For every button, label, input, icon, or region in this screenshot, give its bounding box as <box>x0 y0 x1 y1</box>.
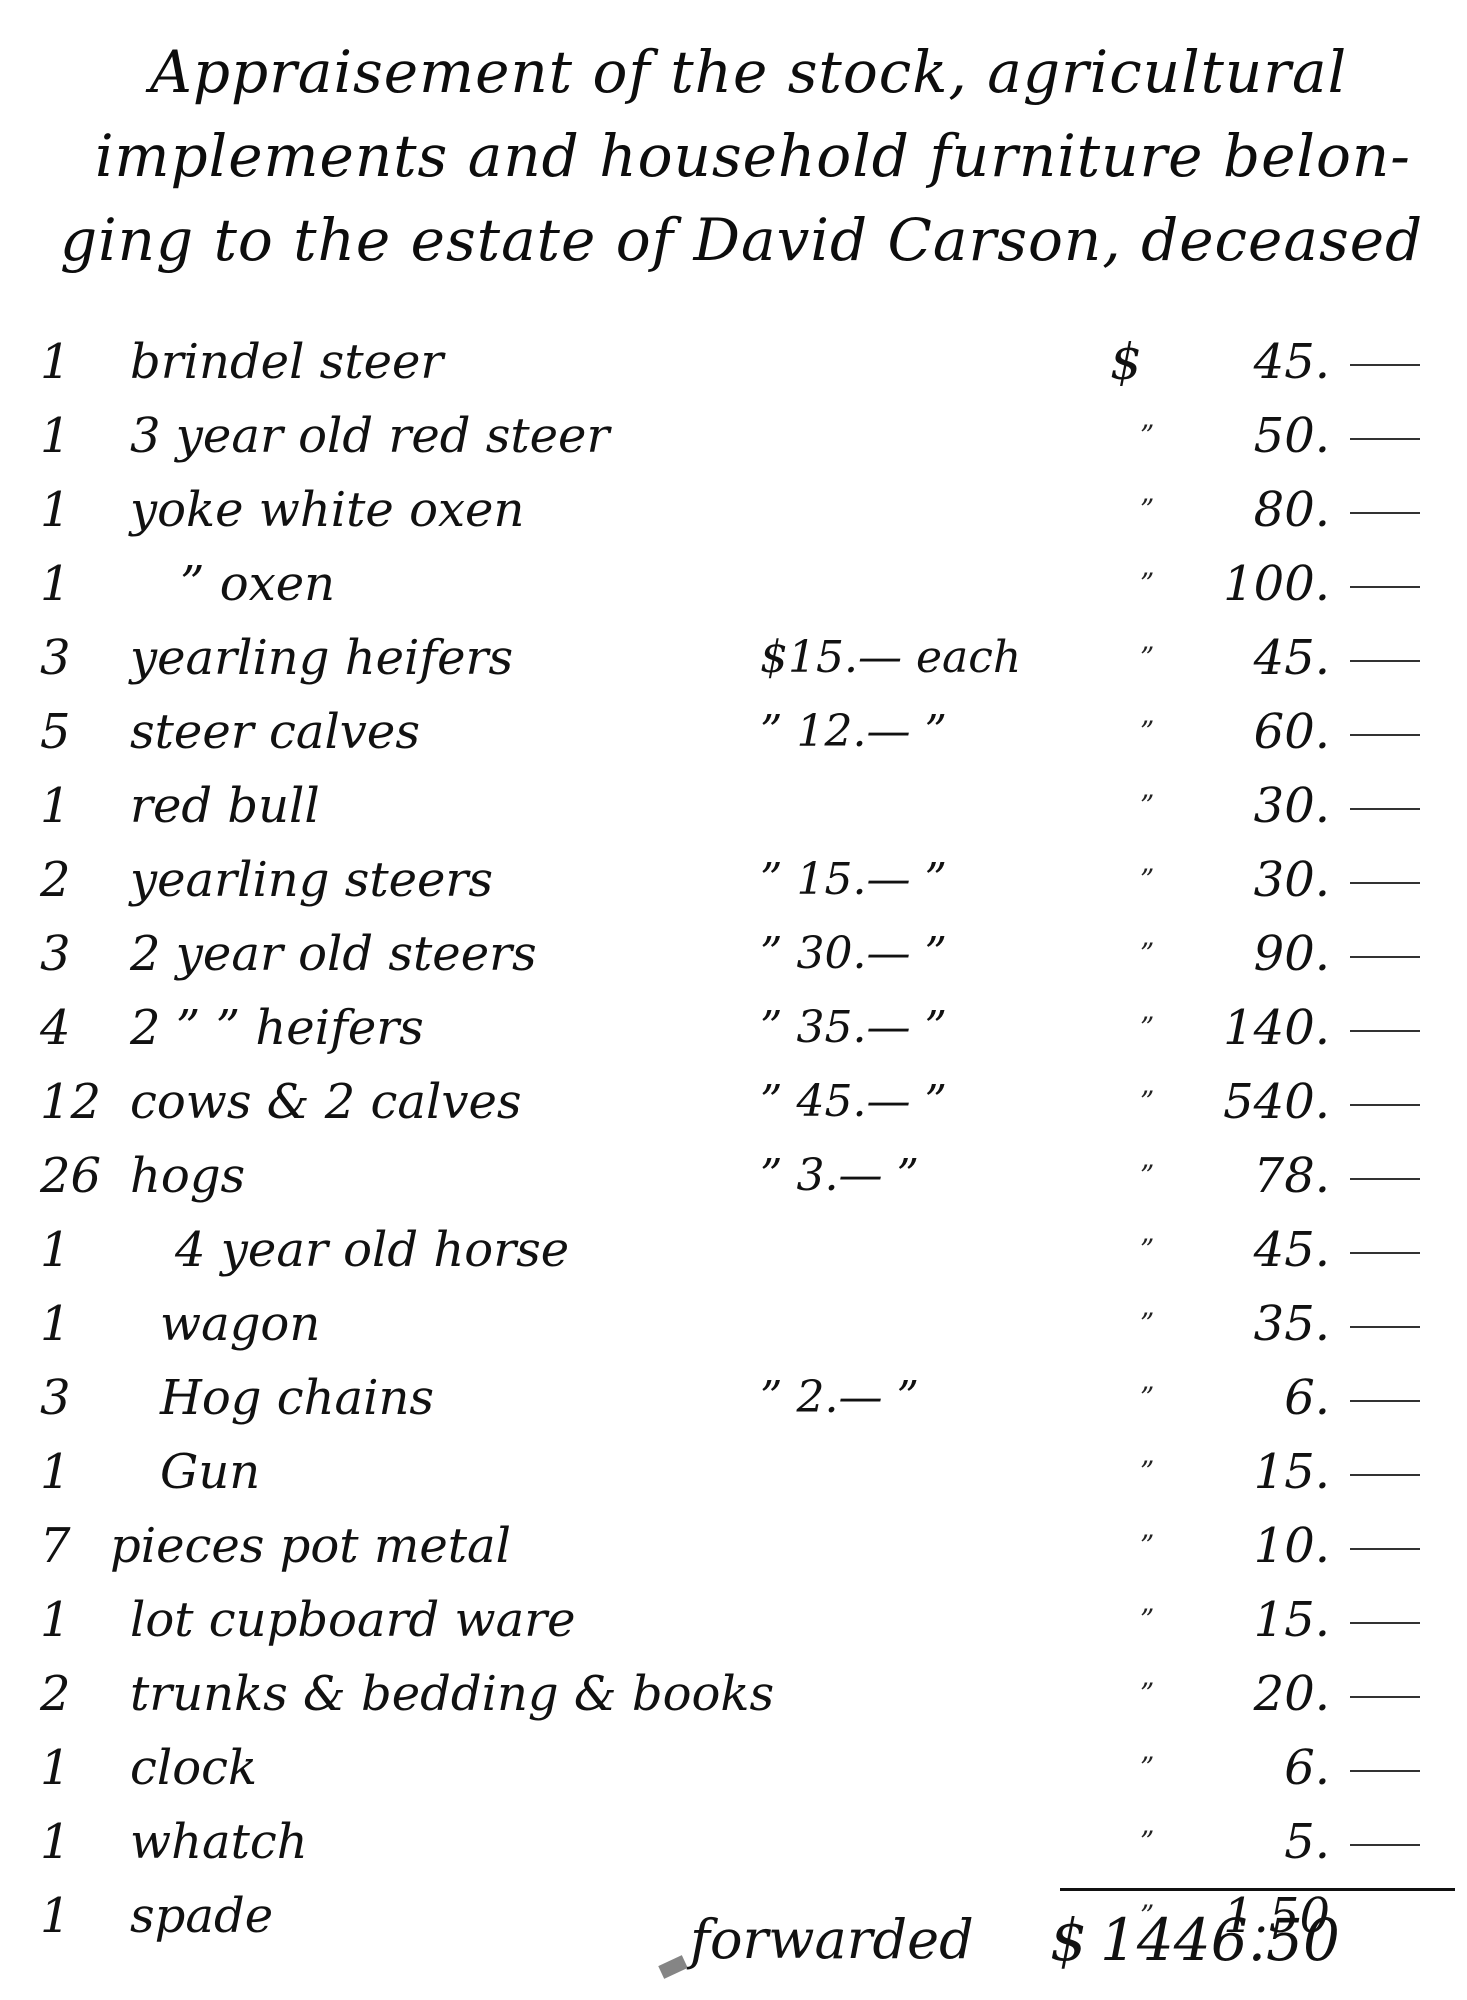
item-quantity: 1 <box>40 1218 130 1282</box>
item-quantity: 5 <box>40 700 130 764</box>
item-quantity: 1 <box>40 478 130 542</box>
ditto-mark: ” <box>1140 1070 1154 1134</box>
ditto-mark: ” <box>1140 922 1154 986</box>
heading-line-1: Appraisement of the stock, agricultural <box>40 30 1440 114</box>
item-quantity: 1 <box>40 404 130 468</box>
ditto-mark: ” <box>1140 1662 1154 1726</box>
dash-rule <box>1350 956 1420 958</box>
item-description: 4 year old horse <box>175 1218 569 1282</box>
item-description: lot cupboard ware <box>130 1588 576 1652</box>
dash-rule <box>1350 882 1420 884</box>
item-description: yearling heifers <box>130 626 513 690</box>
item-description: wagon <box>160 1292 320 1356</box>
ditto-mark: ” <box>1140 626 1154 690</box>
item-row: 1 ” oxen ” 100. <box>0 552 1467 616</box>
dash-rule <box>1350 512 1420 514</box>
item-unit-price: ” 3.— ” <box>760 1144 1080 1208</box>
ditto-mark: ” <box>1140 404 1154 468</box>
item-description: whatch <box>130 1810 308 1874</box>
item-row: 7 pieces pot metal ” 10. <box>0 1514 1467 1578</box>
forwarded-label: forwarded <box>690 1900 974 1980</box>
ditto-mark: ” <box>1140 1440 1154 1504</box>
item-amount: 15. <box>1180 1440 1330 1504</box>
dash-rule <box>1350 1622 1420 1624</box>
item-description: Gun <box>160 1440 260 1504</box>
ditto-mark: ” <box>1140 1810 1154 1874</box>
dash-rule <box>1350 1474 1420 1476</box>
item-quantity: 1 <box>40 330 130 394</box>
item-description: steer calves <box>130 700 420 764</box>
item-row: 3 Hog chains ” 2.— ” ” 6. <box>0 1366 1467 1430</box>
item-row: 1 4 year old horse ” 45. <box>0 1218 1467 1282</box>
item-amount: 45. <box>1180 1218 1330 1282</box>
item-amount: 6. <box>1180 1736 1330 1800</box>
ditto-mark: ” <box>1140 1292 1154 1356</box>
item-row: 4 2 ” ” heifers ” 35.— ” ” 140. <box>0 996 1467 1060</box>
dash-rule <box>1350 1252 1420 1254</box>
ditto-mark: ” <box>1140 1514 1154 1578</box>
item-description: ” oxen <box>180 552 335 616</box>
item-row: 1 wagon ” 35. <box>0 1292 1467 1356</box>
item-amount: 45. <box>1180 626 1330 690</box>
dash-rule <box>1350 808 1420 810</box>
item-description: trunks & bedding & books <box>130 1662 774 1726</box>
item-description: clock <box>130 1736 257 1800</box>
item-description: 2 year old steers <box>130 922 537 986</box>
item-description: Hog chains <box>160 1366 434 1430</box>
item-unit-price: ” 15.— ” <box>760 848 1080 912</box>
item-amount: 90. <box>1180 922 1330 986</box>
dash-rule <box>1350 364 1420 366</box>
item-amount: 6. <box>1180 1366 1330 1430</box>
item-unit-price: $15.— each <box>760 626 1080 690</box>
dash-rule <box>1350 1770 1420 1772</box>
item-row: 5 steer calves ” 12.— ” ” 60. <box>0 700 1467 764</box>
item-amount: 30. <box>1180 848 1330 912</box>
item-quantity: 1 <box>40 1736 130 1800</box>
item-quantity: 1 <box>40 552 130 616</box>
item-quantity: 1 <box>40 1588 130 1652</box>
item-quantity: 26 <box>40 1144 130 1208</box>
ditto-mark: ” <box>1140 700 1154 764</box>
currency-symbol: $ <box>1110 330 1142 394</box>
item-quantity: 2 <box>40 1662 130 1726</box>
dash-rule <box>1350 1326 1420 1328</box>
item-description: red bull <box>130 774 320 838</box>
item-row: 1 brindel steer $ 45. <box>0 330 1467 394</box>
item-unit-price: ” 2.— ” <box>760 1366 1080 1430</box>
item-unit-price: ” 30.— ” <box>760 922 1080 986</box>
item-amount: 45. <box>1180 330 1330 394</box>
item-row: 2 yearling steers ” 15.— ” ” 30. <box>0 848 1467 912</box>
item-quantity: 1 <box>40 1292 130 1356</box>
heading-line-2: implements and household furniture belon… <box>40 114 1440 198</box>
item-amount: 60. <box>1180 700 1330 764</box>
ditto-mark: ” <box>1140 996 1154 1060</box>
item-row: 1 red bull ” 30. <box>0 774 1467 838</box>
ditto-mark: ” <box>1140 774 1154 838</box>
item-amount: 140. <box>1180 996 1330 1060</box>
item-quantity: 1 <box>40 1810 130 1874</box>
ditto-mark: ” <box>1140 1736 1154 1800</box>
item-description: 3 year old red steer <box>130 404 609 468</box>
item-quantity: 2 <box>40 848 130 912</box>
dash-rule <box>1350 734 1420 736</box>
item-row: 1 clock ” 6. <box>0 1736 1467 1800</box>
item-quantity: 1 <box>40 1440 130 1504</box>
dash-rule <box>1350 1696 1420 1698</box>
item-quantity: 1 <box>40 774 130 838</box>
total-underline <box>1060 1888 1455 1891</box>
item-quantity: 4 <box>40 996 130 1060</box>
item-amount: 78. <box>1180 1144 1330 1208</box>
dash-rule <box>1350 586 1420 588</box>
item-amount: 10. <box>1180 1514 1330 1578</box>
item-unit-price: ” 45.— ” <box>760 1070 1080 1134</box>
dash-rule <box>1350 1548 1420 1550</box>
item-quantity: 3 <box>40 922 130 986</box>
dash-rule <box>1350 1400 1420 1402</box>
forwarded-total: forwarded $ 1446.50 <box>0 1900 1467 1980</box>
item-row: 12 cows & 2 calves ” 45.— ” ” 540. <box>0 1070 1467 1134</box>
dash-rule <box>1350 660 1420 662</box>
ditto-mark: ” <box>1140 478 1154 542</box>
document-heading: Appraisement of the stock, agricultural … <box>40 30 1440 282</box>
item-description: yearling steers <box>130 848 493 912</box>
item-description: hogs <box>130 1144 245 1208</box>
item-amount: 50. <box>1180 404 1330 468</box>
ditto-mark: ” <box>1140 552 1154 616</box>
item-row: 3 yearling heifers $15.— each ” 45. <box>0 626 1467 690</box>
grand-total: 1446.50 <box>1100 1900 1340 1980</box>
dash-rule <box>1350 1178 1420 1180</box>
ditto-mark: ” <box>1140 1144 1154 1208</box>
dash-rule <box>1350 1104 1420 1106</box>
item-amount: 100. <box>1180 552 1330 616</box>
item-row: 1 Gun ” 15. <box>0 1440 1467 1504</box>
item-amount: 540. <box>1180 1070 1330 1134</box>
item-description: brindel steer <box>130 330 443 394</box>
item-description: 2 ” ” heifers <box>130 996 424 1060</box>
ditto-mark: ” <box>1140 1366 1154 1430</box>
item-row: 26 hogs ” 3.— ” ” 78. <box>0 1144 1467 1208</box>
item-row: 3 2 year old steers ” 30.— ” ” 90. <box>0 922 1467 986</box>
dash-rule <box>1350 1844 1420 1846</box>
item-description: pieces pot metal <box>110 1514 511 1578</box>
item-row: 2 trunks & bedding & books ” 20. <box>0 1662 1467 1726</box>
item-row: 1 3 year old red steer ” 50. <box>0 404 1467 468</box>
item-row: 1 yoke white oxen ” 80. <box>0 478 1467 542</box>
item-amount: 30. <box>1180 774 1330 838</box>
item-description: yoke white oxen <box>130 478 524 542</box>
item-amount: 20. <box>1180 1662 1330 1726</box>
item-row: 1 lot cupboard ware ” 15. <box>0 1588 1467 1652</box>
item-description: cows & 2 calves <box>130 1070 522 1134</box>
item-quantity: 3 <box>40 1366 130 1430</box>
item-quantity: 12 <box>40 1070 130 1134</box>
item-unit-price: ” 35.— ” <box>760 996 1080 1060</box>
item-amount: 5. <box>1180 1810 1330 1874</box>
item-amount: 15. <box>1180 1588 1330 1652</box>
item-unit-price: ” 12.— ” <box>760 700 1080 764</box>
ditto-mark: ” <box>1140 1218 1154 1282</box>
item-amount: 35. <box>1180 1292 1330 1356</box>
currency-symbol: $ <box>1050 1900 1087 1980</box>
dash-rule <box>1350 1030 1420 1032</box>
ditto-mark: ” <box>1140 1588 1154 1652</box>
dash-rule <box>1350 438 1420 440</box>
ditto-mark: ” <box>1140 848 1154 912</box>
appraisement-document: Appraisement of the stock, agricultural … <box>0 0 1467 2000</box>
item-amount: 80. <box>1180 478 1330 542</box>
item-row: 1 whatch ” 5. <box>0 1810 1467 1874</box>
item-quantity: 3 <box>40 626 130 690</box>
heading-line-3: ging to the estate of David Carson, dece… <box>40 198 1440 282</box>
